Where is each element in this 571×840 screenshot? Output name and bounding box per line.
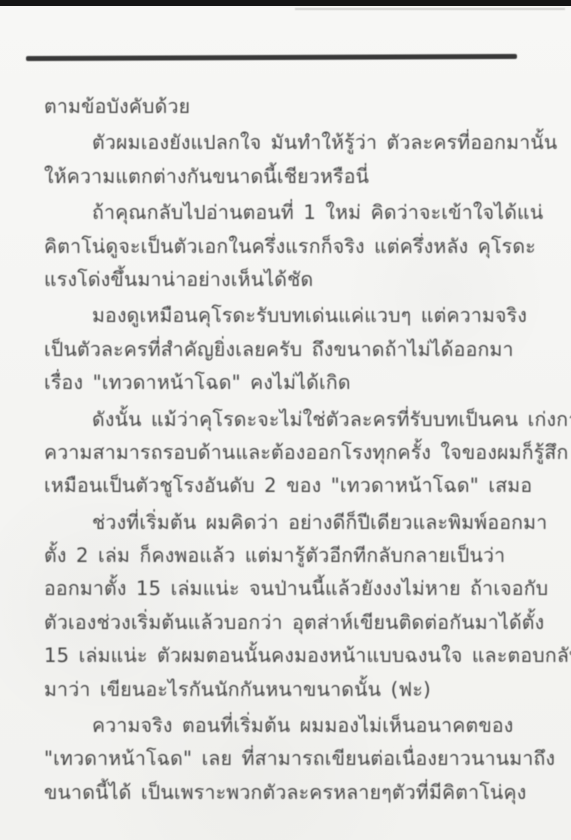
afterword-text: ตามข้อบังคับด้วย ตัวผมเองยังแปลกใจ มันทำ…: [44, 90, 549, 809]
text-line: 15 เล่มแน่ะ ตัวผมตอนนั้นคงมองหน้าแบบฉงนใ…: [44, 639, 549, 672]
text-line: ตัวเองช่วงเริ่มต้นแล้วบอกว่า อุตส่าห์เขี…: [44, 606, 549, 639]
scan-artifact-line: [295, 8, 565, 10]
text-line: ให้ความแตกต่างกันขนาดนี้เชียวหรือนี่: [44, 160, 549, 193]
text-line: เป็นตัวละครที่สำคัญยิ่งเลยครับ ถึงขนาดถ้…: [44, 333, 549, 366]
text-line: ความสามารถรอบด้านและต้องออกโรงทุกครั้ง ใ…: [44, 436, 549, 469]
text-line: คิตาโน่ดูจะเป็นตัวเอกในครึ่งแรกก็จริง แต…: [44, 230, 549, 263]
text-line: เรื่อง "เทวดาหน้าโฉด" คงไม่ได้เกิด: [44, 366, 549, 399]
scan-edge-bar: [0, 0, 571, 6]
horizontal-rule: [26, 54, 517, 61]
text-line: ออกมาตั้ง 15 เล่มแน่ะ จนป่านนี้แล้วยังงง…: [44, 572, 549, 605]
text-line: ตั้ง 2 เล่ม ก็คงพอแล้ว แต่มารู้ตัวอีกทีก…: [44, 539, 549, 572]
text-line: ตัวผมเองยังแปลกใจ มันทำให้รู้ว่า ตัวละคร…: [44, 126, 549, 159]
text-line: ช่วงที่เริ่มต้น ผมคิดว่า อย่างดีก็ปีเดีย…: [44, 506, 549, 539]
text-line: "เทวดาหน้าโฉด" เลย ที่สามารถเขียนต่อเนื่…: [44, 742, 549, 775]
text-line: มาว่า เขียนอะไรกันนักกันหนาขนาดนั้น (ฟะ): [44, 673, 549, 706]
text-line: แรงโด่งขึ้นมาน่าอย่างเห็นได้ชัด: [44, 263, 549, 296]
text-line: ถ้าคุณกลับไปอ่านตอนที่ 1 ใหม่ คิดว่าจะเข…: [44, 196, 549, 229]
text-line: ความจริง ตอนที่เริ่มต้น ผมมองไม่เห็นอนาค…: [44, 709, 549, 742]
text-line: ขนาดนี้ได้ เป็นเพราะพวกตัวละครหลายๆตัวที…: [44, 776, 549, 809]
text-line: ตามข้อบังคับด้วย: [44, 90, 549, 123]
text-line: เหมือนเป็นตัวชูโรงอันดับ 2 ของ "เทวดาหน้…: [44, 469, 549, 502]
text-line: ดังนั้น แม้ว่าคุโรดะจะไม่ใช่ตัวละครที่รั…: [44, 403, 549, 436]
text-line: มองดูเหมือนคุโรดะรับบทเด่นแค่แวบๆ แต่ควา…: [44, 299, 549, 332]
scanned-page: ตามข้อบังคับด้วย ตัวผมเองยังแปลกใจ มันทำ…: [0, 0, 571, 840]
